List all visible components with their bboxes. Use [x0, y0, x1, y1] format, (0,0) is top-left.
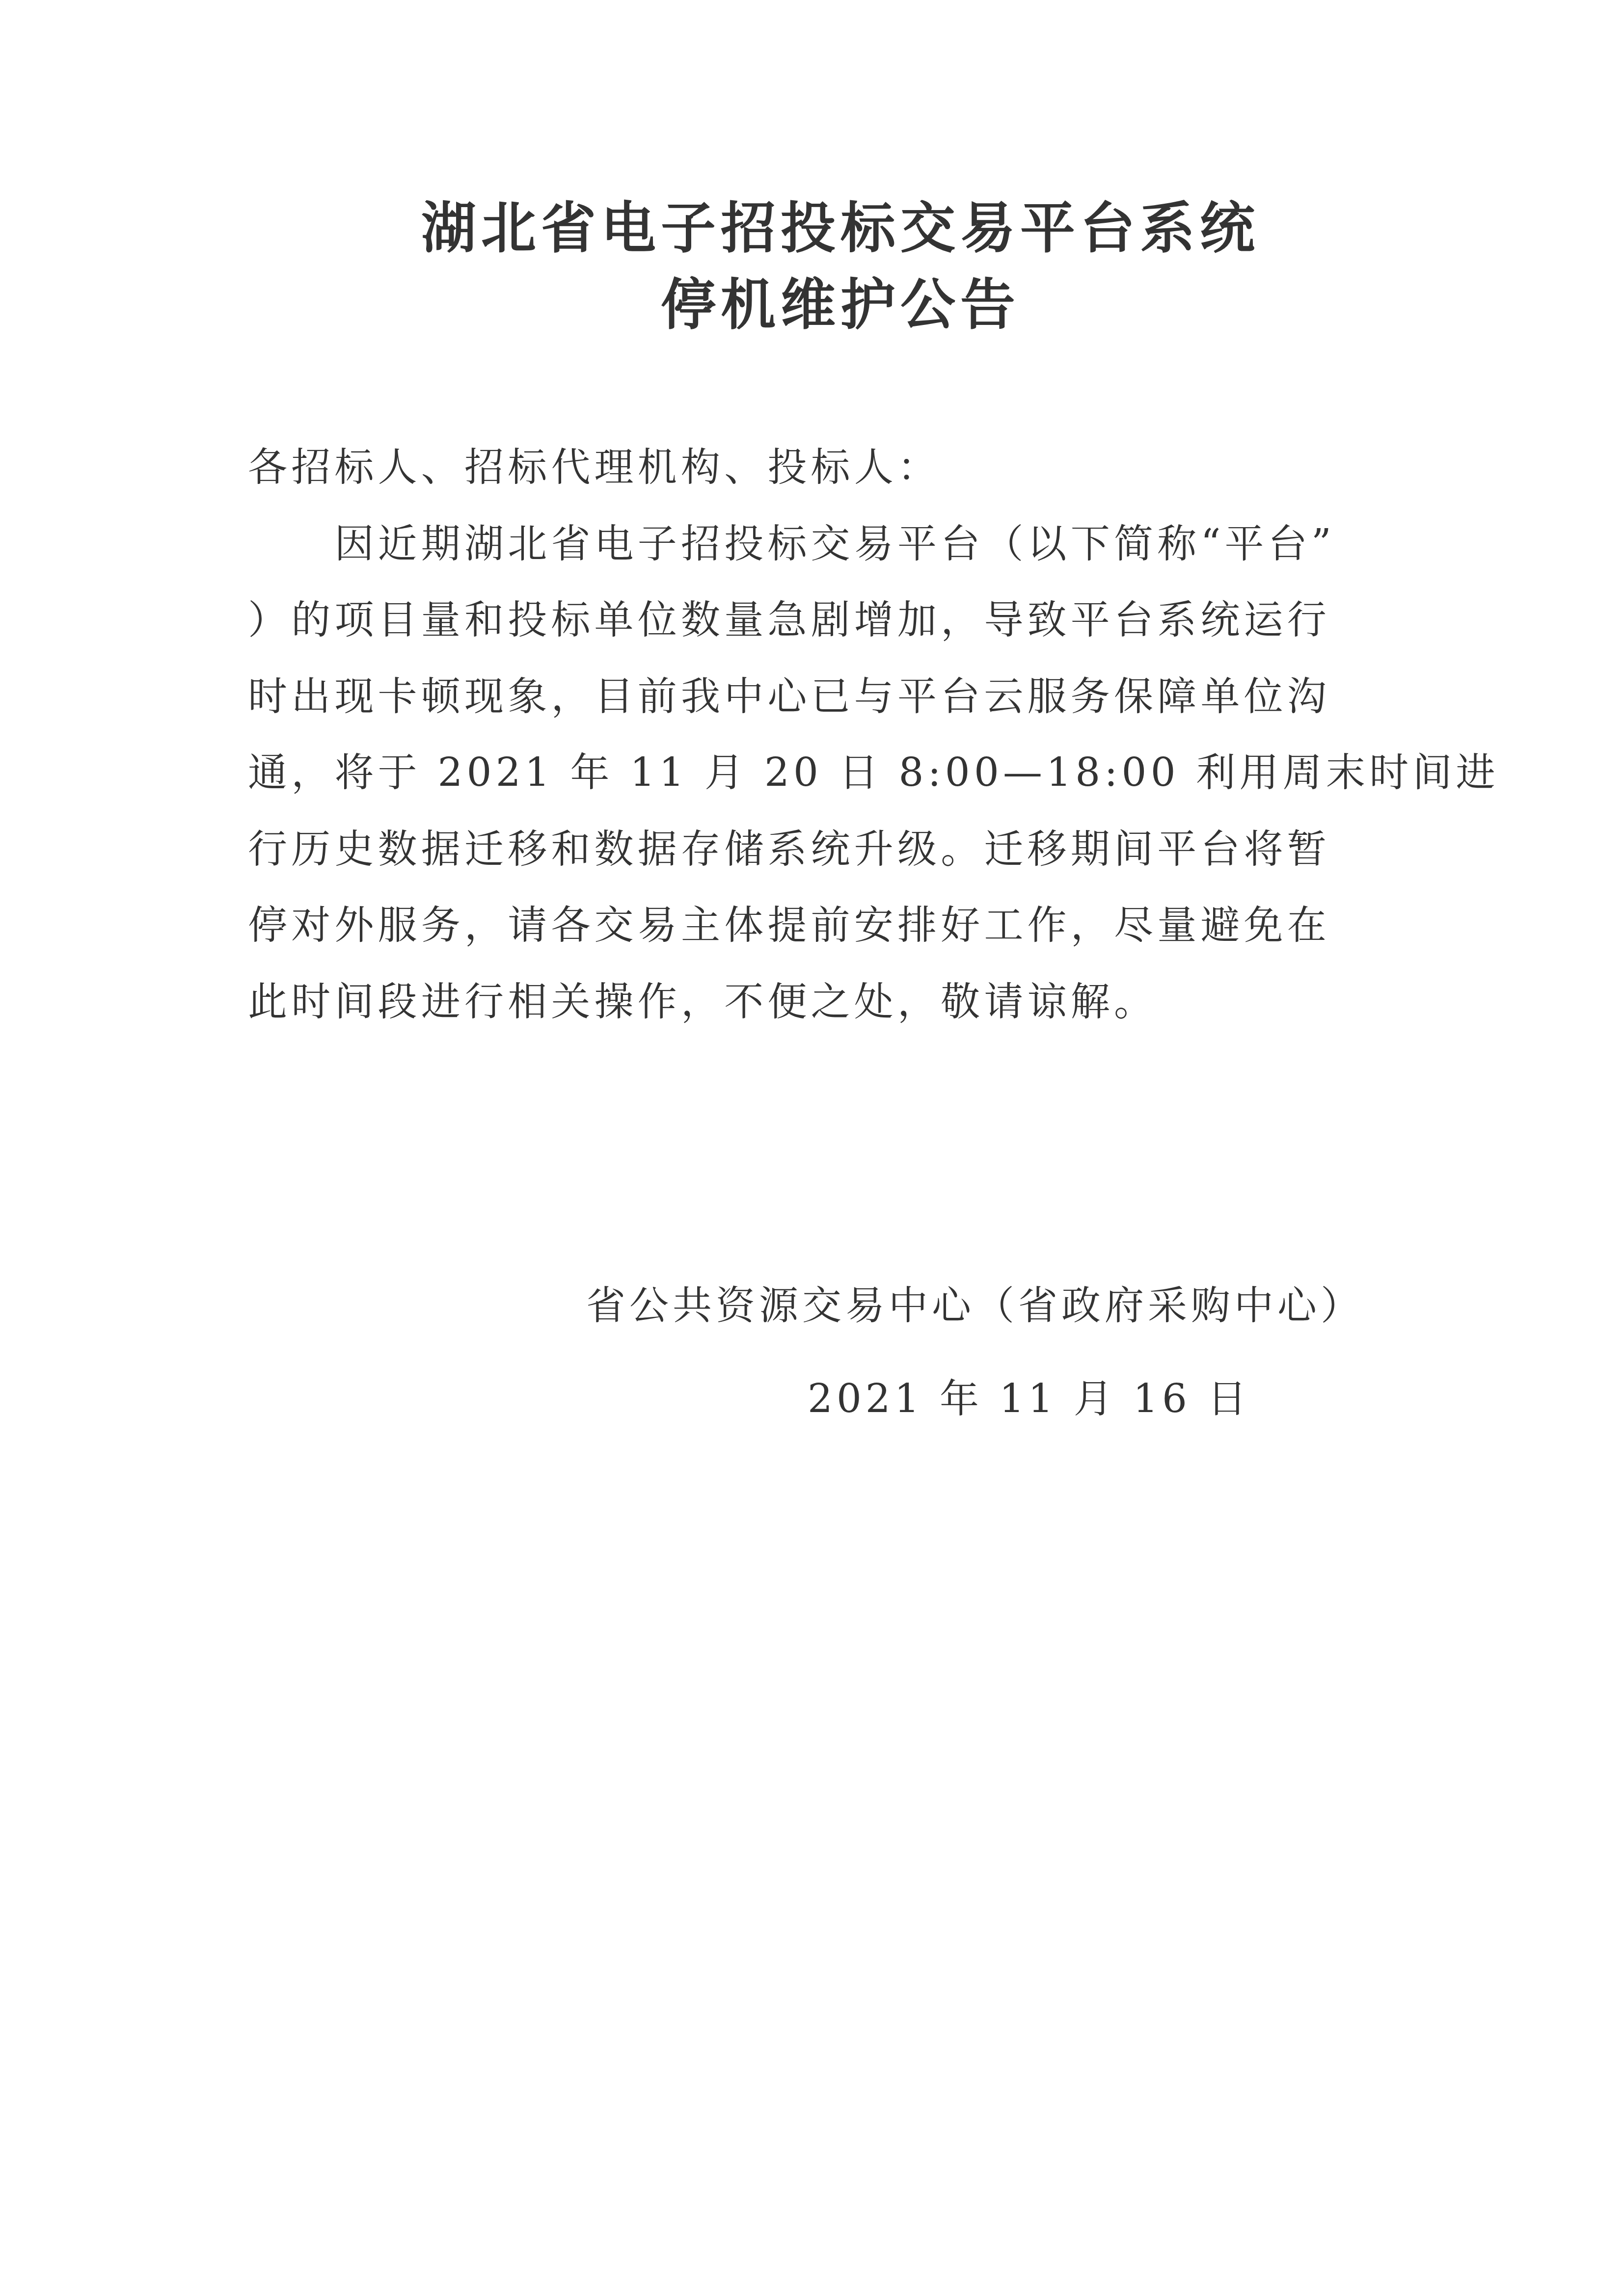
- body-line-6: 停对外服务，请各交易主体提前安排好工作，尽量避免在: [248, 901, 1330, 950]
- body-line-5: 行历史数据迁移和数据存储系统升级。迁移期间平台将暂: [248, 825, 1330, 874]
- signature-organization: 省公共资源交易中心（省政府采购中心）: [586, 1281, 1364, 1330]
- title-line-1: 湖北省电子招投标交易平台系统: [0, 198, 1624, 259]
- body-line-3: 时出现卡顿现象，目前我中心已与平台云服务保障单位沟: [248, 672, 1330, 721]
- document-page: 湖北省电子招投标交易平台系统 停机维护公告 各招标人、招标代理机构、投标人： 因…: [0, 0, 1624, 2296]
- signature-date: 2021 年 11 月 16 日: [808, 1374, 1250, 1423]
- body-line-2: ）的项目量和投标单位数量急剧增加，导致平台系统运行: [248, 595, 1330, 644]
- body-line-4: 通，将于 2021 年 11 月 20 日 8:00—18:00 利用周末时间进: [248, 748, 1499, 797]
- salutation: 各招标人、招标代理机构、投标人：: [248, 443, 941, 492]
- body-line-7: 此时间段进行相关操作，不便之处，敬请谅解。: [248, 977, 1157, 1026]
- body-line-1: 因近期湖北省电子招投标交易平台（以下简称“平台”: [248, 519, 1335, 568]
- title-line-2: 停机维护公告: [0, 275, 1624, 336]
